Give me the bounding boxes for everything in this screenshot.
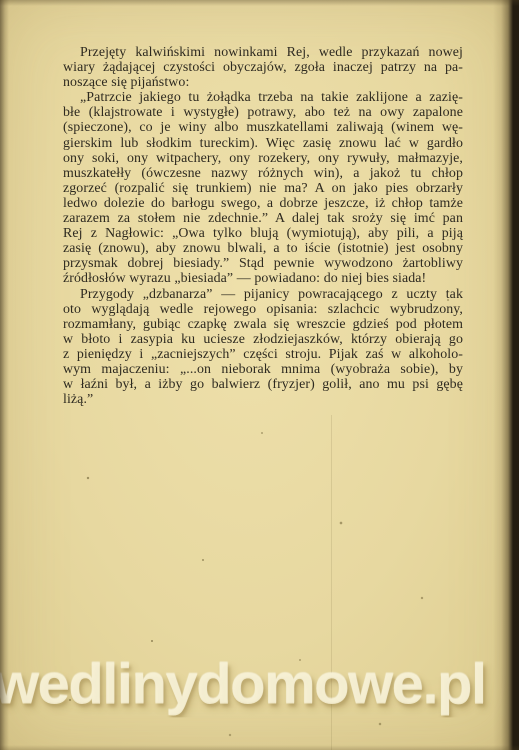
text-line: gierskim lub słodkim tureckim). Więc zas…: [63, 136, 463, 151]
body-text: Przejęty kalwińskimi nowinkami Rej, wedl…: [63, 45, 463, 407]
text-line: ony soki, ony witpachery, ony rozekery, …: [63, 151, 463, 166]
text-line: zarazem za stołem nie zdechnie.” A dalej…: [63, 211, 463, 226]
text-line: w błoto i zasypia ku uciesze złodziejasz…: [63, 332, 463, 347]
text-line: błe (klajstrowate i wystygłe) potrawy, a…: [63, 105, 463, 120]
scanned-page: Przejęty kalwińskimi nowinkami Rej, wedl…: [0, 0, 519, 750]
text-line: zasię (znowu), aby znowu blwali, a to iś…: [63, 241, 463, 256]
watermark: wedlinydomowe.pl: [0, 652, 519, 718]
text-line: muszkatełły (ówczesne nazwy różnych win)…: [63, 166, 463, 181]
text-line: ledwo dolezie do barłogu swego, a dobrze…: [63, 196, 463, 211]
text-line: noszące się pijaństwo:: [63, 75, 463, 90]
text-line: (spieczone), co je winy albo muszkatella…: [63, 120, 463, 135]
text-line: „Patrzcie jakiego tu żołądka trzeba na t…: [63, 90, 463, 105]
text-line: wym majaczeniu: „...on nieborak mnima (w…: [63, 362, 463, 377]
text-line: z pieniędzy i „zacniejszych” części stro…: [63, 347, 463, 362]
text-line: źródłosłów wyrazu „biesiada” — powiadano…: [63, 271, 463, 286]
text-line: Przygody „dzbanarza” — pijanicy powracaj…: [63, 287, 463, 302]
text-line: Przejęty kalwińskimi nowinkami Rej, wedl…: [63, 45, 463, 60]
text-line: zgorzeć (rozpalić się trunkiem) nie ma? …: [63, 181, 463, 196]
scan-edge-right: [493, 0, 519, 750]
text-line: liżą.”: [63, 392, 463, 407]
scan-edge-bottom: [0, 745, 519, 750]
text-line: wiary żądającej czystości obyczajów, zgo…: [63, 60, 463, 75]
text-line: rozmamłany, gubiąc czapkę zwala się wres…: [63, 317, 463, 332]
text-line: oto wyglądają wedle rejowego opisania: s…: [63, 302, 463, 317]
scan-edge-left: [0, 0, 9, 750]
text-line: przysmak dobrej biesiady.” Stąd pewnie w…: [63, 256, 463, 271]
text-line: w łaźni był, a iżby go balwierz (fryzjer…: [63, 377, 463, 392]
scan-edge-top: [0, 0, 519, 6]
text-line: Rej z Nagłowic: „Owa tylko blują (wymiot…: [63, 226, 463, 241]
paper-crease: [331, 415, 332, 750]
